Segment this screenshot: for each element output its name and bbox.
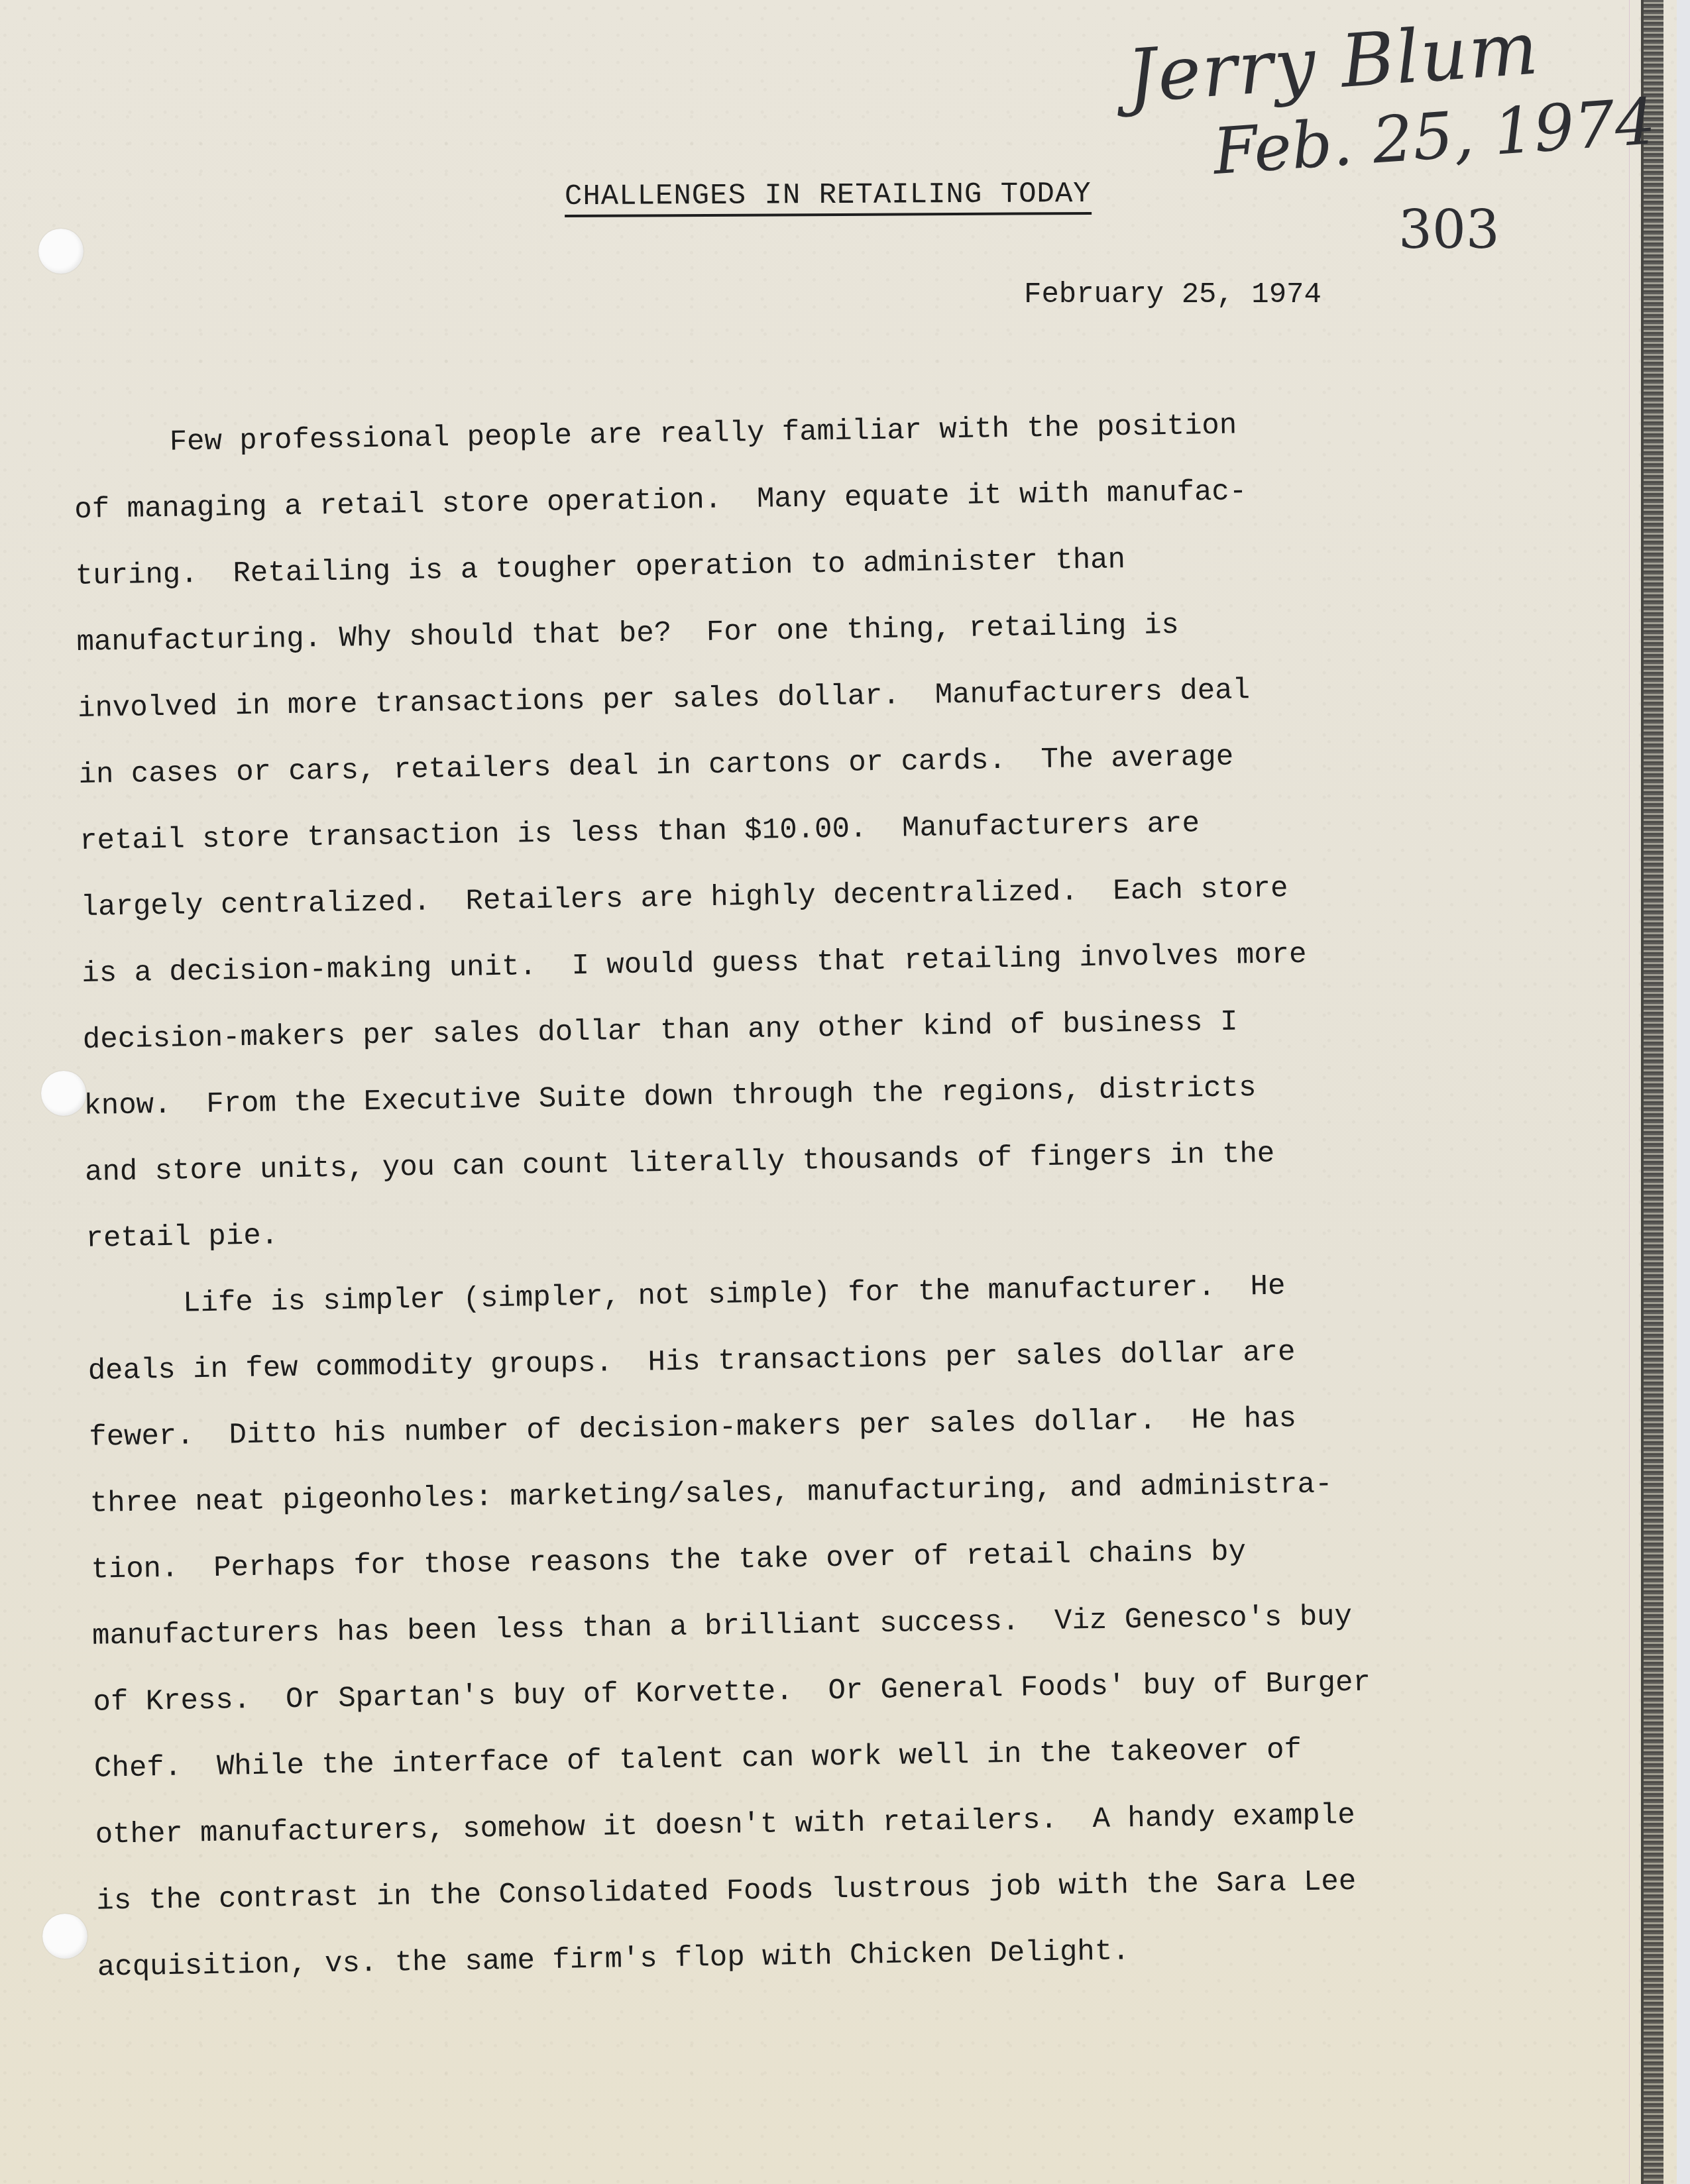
binding-edge-shadow <box>1641 0 1663 2184</box>
document-date: February 25, 1974 <box>1024 278 1322 311</box>
document-body: Few professional people are really famil… <box>73 388 1589 2001</box>
document-page: Jerry Blum Feb. 25, 1974 303 CHALLENGES … <box>0 0 1677 2184</box>
paragraph-1: Few professional people are really famil… <box>73 388 1577 1272</box>
hole-punch-bottom <box>42 1914 87 1959</box>
document-title: CHALLENGES IN RETAILING TODAY <box>565 178 1092 217</box>
handwritten-page-number: 303 <box>1398 199 1500 260</box>
margin-rule <box>1629 0 1630 2184</box>
hole-punch-top <box>38 229 84 274</box>
hole-punch-middle <box>41 1071 86 1116</box>
paragraph-2: Life is simpler (simpler, not simple) fo… <box>86 1248 1589 2000</box>
